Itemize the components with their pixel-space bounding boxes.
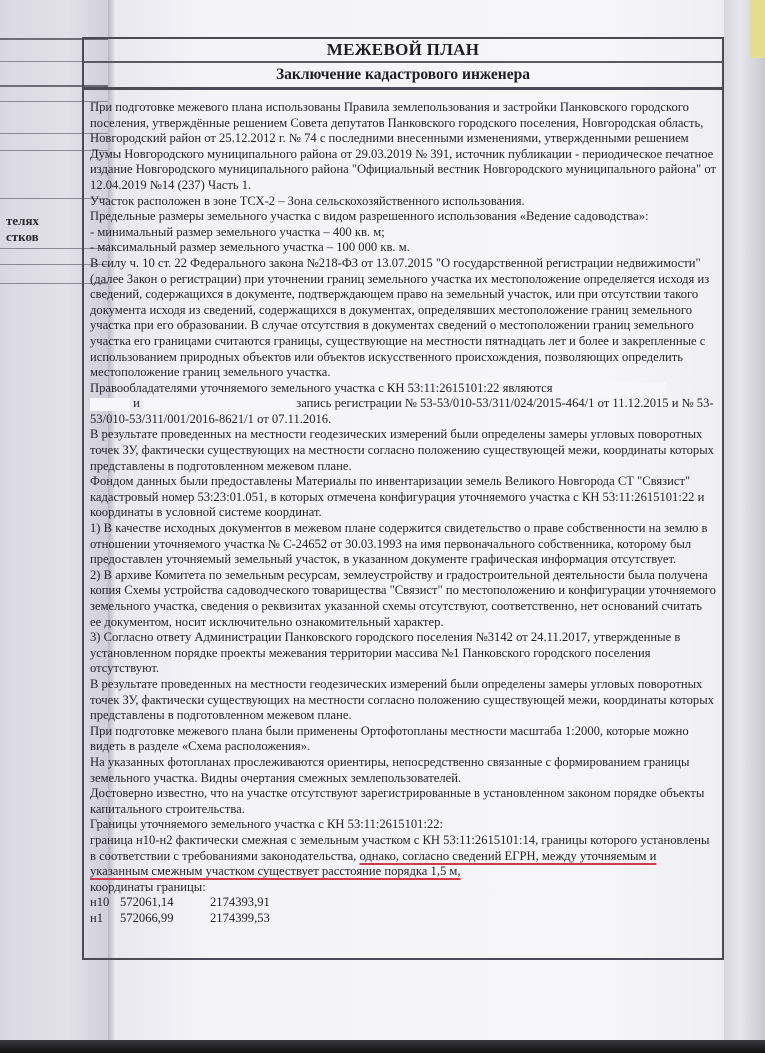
redacted-name bbox=[90, 398, 130, 411]
paragraph: Участок расположен в зоне ТСХ-2 – Зона с… bbox=[90, 194, 716, 210]
paragraph: Фондом данных были предоставлены Материа… bbox=[90, 474, 716, 521]
boundary-paragraph: граница н10-н2 фактически смежная с земе… bbox=[90, 833, 716, 880]
document-title: МЕЖЕВОЙ ПЛАН bbox=[84, 39, 722, 63]
owners-paragraph: Правообладателями уточняемого земельного… bbox=[90, 381, 716, 428]
left-page-text: телях bbox=[6, 213, 39, 229]
coordinates-list: н10 572061,14 2174393,91 н1 572066,99 21… bbox=[90, 895, 716, 926]
paragraph: Достоверно известно, что на участке отсу… bbox=[90, 786, 716, 817]
paragraph: На указанных фотопланах прослеживаются о… bbox=[90, 755, 716, 786]
left-page-text: стков bbox=[6, 229, 39, 245]
paragraph: Предельные размеры земельного участка с … bbox=[90, 209, 716, 225]
coordinate-row: н10 572061,14 2174393,91 bbox=[90, 895, 716, 911]
owners-prefix: Правообладателями уточняемого земельного… bbox=[90, 381, 553, 395]
coord-x: 572066,99 bbox=[120, 911, 210, 927]
coords-label: координаты границы: bbox=[90, 880, 716, 896]
paragraph: - максимальный размер земельного участка… bbox=[90, 240, 716, 256]
paragraph: В результате проведенных на местности ге… bbox=[90, 677, 716, 724]
page-stack-edge bbox=[724, 0, 765, 1053]
coordinate-row: н1 572066,99 2174399,53 bbox=[90, 911, 716, 927]
paragraph: В силу ч. 10 ст. 22 Федерального закона … bbox=[90, 256, 716, 381]
coord-y: 2174393,91 bbox=[210, 895, 270, 911]
owners-and: и bbox=[133, 396, 140, 410]
redacted-name bbox=[143, 398, 293, 411]
coord-x: 572061,14 bbox=[120, 895, 210, 911]
paragraph: При подготовке межевого плана были приме… bbox=[90, 724, 716, 755]
point-id: н10 bbox=[90, 895, 120, 911]
paragraph: 2) В архиве Комитета по земельным ресурс… bbox=[90, 568, 716, 630]
scan-bottom-shadow bbox=[0, 1040, 765, 1053]
engineer-conclusion-text: При подготовке межевого плана использова… bbox=[90, 100, 716, 926]
coord-y: 2174399,53 bbox=[210, 911, 270, 927]
paragraph: 3) Согласно ответу Администрации Панковс… bbox=[90, 630, 716, 677]
document-frame: МЕЖЕВОЙ ПЛАН Заключение кадастрового инж… bbox=[82, 37, 724, 960]
point-id: н1 bbox=[90, 911, 120, 927]
redacted-name bbox=[556, 382, 666, 395]
document-subtitle: Заключение кадастрового инженера bbox=[84, 63, 722, 90]
yellow-sticky-tab bbox=[750, 0, 765, 58]
paragraph: - минимальный размер земельного участка … bbox=[90, 225, 716, 241]
paragraph: В результате проведенных на местности ге… bbox=[90, 427, 716, 474]
paragraph: Границы уточняемого земельного участка с… bbox=[90, 817, 716, 833]
paragraph: 1) В качестве исходных документов в меже… bbox=[90, 521, 716, 568]
paragraph: При подготовке межевого плана использова… bbox=[90, 100, 716, 194]
